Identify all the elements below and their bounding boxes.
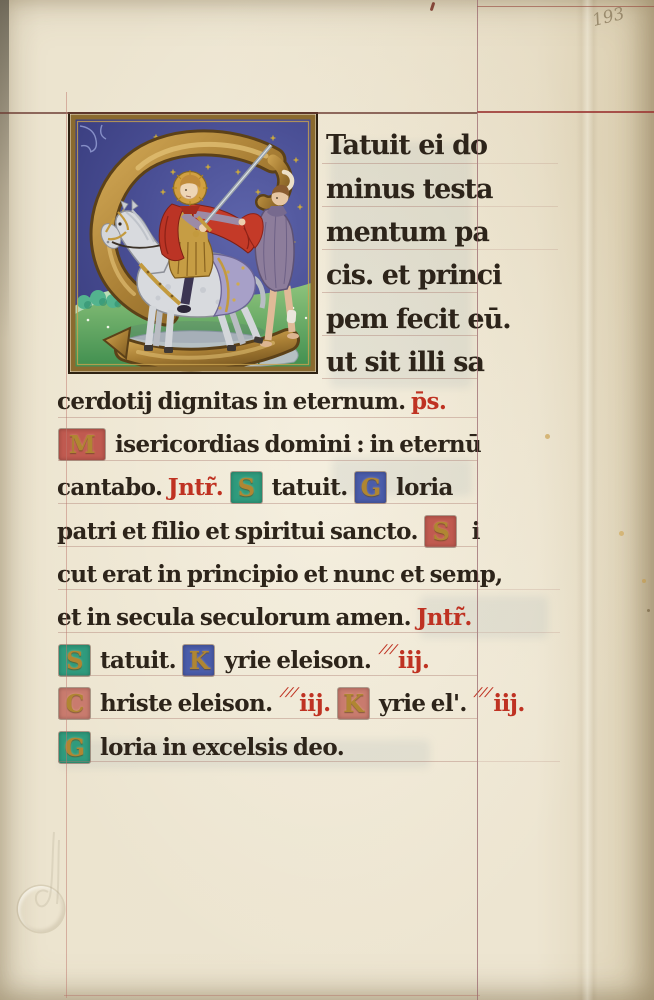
ruling-line [58,546,477,547]
rubric-text: p̄s. [411,388,446,415]
ruling-line [477,111,654,113]
rubric-text: iij. [493,690,524,717]
page-edge-shadow [0,0,9,340]
ruling-line [58,460,477,461]
text-segment: Tatuit ei do [326,130,487,161]
embossed-mark [30,826,70,936]
text-segment: tatuit. [100,647,181,674]
ruling-line [478,249,558,250]
ruling-line [58,417,477,418]
rubric-text: Jntr̃. [416,604,471,631]
ruling-line [322,378,477,379]
ruling-line [58,632,477,633]
rubric-text: iij. [299,690,336,717]
text-segment: loria in excelsis deo. [100,734,344,761]
text-line: minus testa [326,167,482,210]
text-line: Christe eleison. ∕∕∕iij. Kyrie el'. ∕∕∕i… [57,682,481,725]
ruling-line [477,0,478,1000]
miniature-initial-s [68,112,318,374]
ruling-line [58,718,477,719]
text-segment: hriste eleison. [100,690,278,717]
ruling-line [58,503,477,504]
illuminated-initial: C [59,688,90,719]
foxing-spot [642,579,646,583]
vellum-crease [576,0,598,1000]
text-segment: minus testa [326,174,493,205]
foxing-spot [647,609,650,612]
text-segment: cerdotij dignitas in eternum. [57,388,411,415]
text-segment: cut erat in principio et nunc et semp, [57,561,503,588]
text-segment: cis. et princi [326,260,501,291]
text-segment: pem fecit eū. [326,304,511,335]
text-segment: tatuit. [272,474,353,501]
text-line: Tatuit ei do [326,124,482,167]
illuminated-initial: K [183,645,214,676]
ruling-line [322,292,477,293]
illuminated-initial: G [355,472,386,503]
text-segment: loria [396,474,453,501]
ink-mark [430,2,436,11]
text-segment: ut sit illi sa [326,347,484,378]
illuminated-initial: S [425,516,456,547]
rubric-text: Jntr̃. [168,474,229,501]
illuminated-initial: K [338,688,369,719]
text-segment: yrie el'. [379,690,472,717]
text-line: Gloria in excelsis deo. [57,726,481,769]
ruling-line [0,112,477,114]
text-segment: isericordias domini : in eternū [115,431,481,458]
ruling-line [478,206,558,207]
ruling-line [477,6,654,7]
foxing-spot [545,434,550,439]
illuminated-initial: S [231,472,262,503]
text-line: mentum pa [326,211,482,254]
ruling-line [66,92,67,998]
illuminated-initial: G [59,732,90,763]
ruling-line [64,995,480,996]
ruling-line [58,589,477,590]
ruling-line [478,589,560,590]
ruling-line [322,335,477,336]
text-segment: yrie eleison. [224,647,376,674]
rubric-text: iij. [398,647,429,674]
text-segment: et in secula seculorum amen. [57,604,416,631]
ruling-line [322,206,477,207]
ruling-line [58,761,477,762]
ruling-line [322,249,477,250]
ruling-line [322,163,477,164]
ruling-line [478,761,560,762]
text-segment: cantabo. [57,474,168,501]
text-segment: patri et filio et spiritui sancto. [57,518,423,545]
foxing-spot [619,531,624,536]
ruling-line [478,163,558,164]
illuminated-initial: S [59,645,90,676]
ruling-line [58,675,477,676]
manuscript-page: 193 [0,0,654,1000]
main-text-block: cerdotij dignitas in eternum. p̄s.Miseri… [57,380,481,769]
ruling-line [478,632,560,633]
text-segment: mentum pa [326,217,489,248]
